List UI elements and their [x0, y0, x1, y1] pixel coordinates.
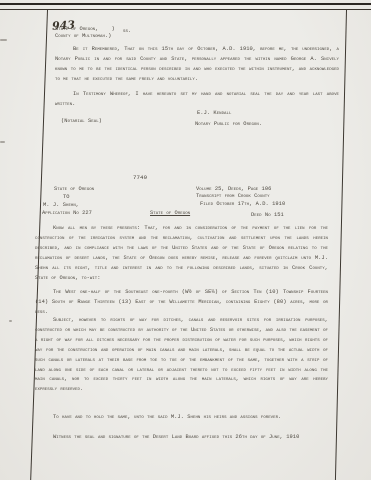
venue-block: State of Oregon, ) County of Multnomah.)… — [55, 26, 339, 41]
scan-artifact — [0, 141, 5, 143]
witness-clause-paragraph: Witness the seal and signature of the De… — [35, 433, 328, 443]
testimony-paragraph: In Testimony Whereof, I have hereunto se… — [55, 90, 339, 110]
scan-artifact — [9, 320, 12, 322]
document-number: 7749 — [133, 174, 147, 181]
top-rule-thin — [0, 9, 371, 10]
venue-county-line: County of Multnomah.) — [55, 33, 111, 39]
acknowledgment-paragraph: Be it Remembered, That on this 15th day … — [55, 45, 339, 85]
deed-number: Deed No 151 — [251, 212, 284, 218]
reservation-paragraph: Subject, however to rights of way for di… — [35, 316, 328, 395]
top-rule-thick — [0, 3, 371, 5]
notary-acknowledgment-section: State of Oregon, ) County of Multnomah.)… — [55, 26, 339, 41]
to-label: TO — [63, 194, 70, 200]
habendum-paragraph: To have and to hold the same, unto the s… — [35, 413, 328, 423]
deed-center-title: State of Oregon — [150, 210, 190, 216]
grantor-name: State of Oregon — [54, 186, 94, 192]
venue-ss-label: ss. — [123, 28, 131, 35]
filed-date: Filed October 17th, A.D. 1910 — [200, 201, 285, 207]
grantee-name: M. J. Shehn, — [43, 202, 79, 208]
land-description-paragraph: The West one-half of the Southeast one-f… — [35, 288, 328, 318]
transcript-note: Transcript from Crook County — [196, 193, 270, 199]
notarial-seal-note: (Notarial Seal) — [61, 118, 102, 124]
application-number: Application No 227 — [42, 210, 92, 216]
notary-signature: E.J. Kendall — [197, 110, 231, 116]
volume-reference: Volume 25, Deeds, Page 106 — [196, 186, 271, 192]
granting-clause-paragraph: Know all men by these presents: That, fo… — [35, 224, 328, 283]
venue-state-line: State of Oregon, ) — [55, 26, 115, 32]
scanned-deed-page: 943 State of Oregon, ) County of Multnom… — [0, 0, 371, 480]
scan-artifact — [0, 39, 7, 41]
notary-title: Notary Public for Oregon. — [195, 121, 262, 127]
